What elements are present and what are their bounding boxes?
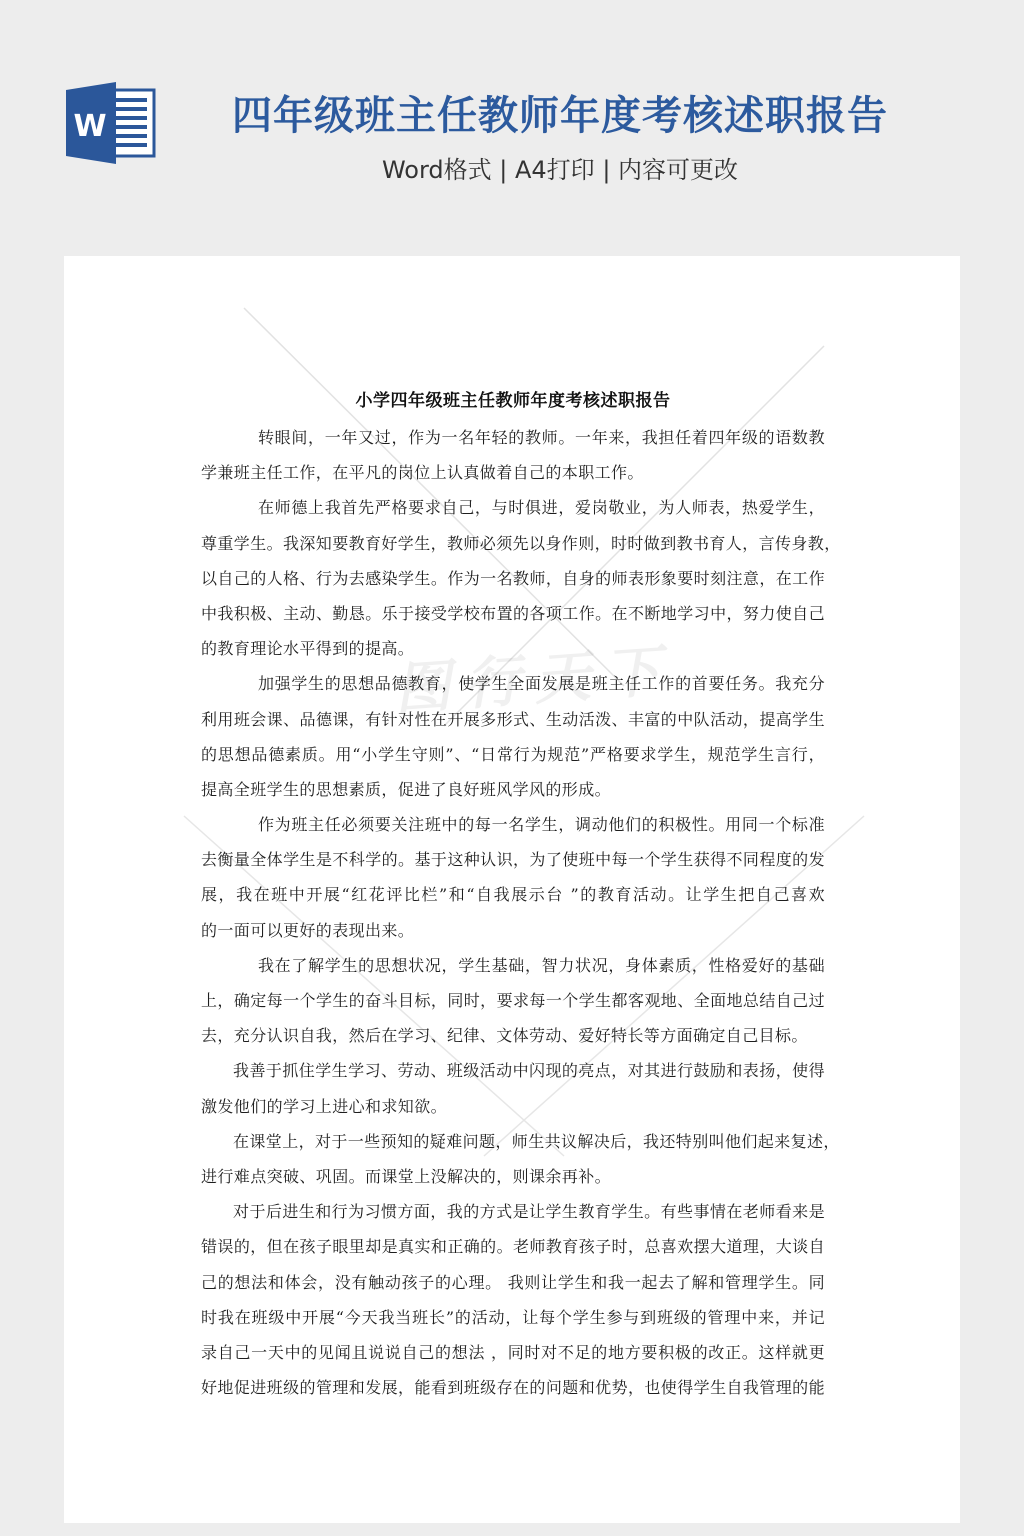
text-line: 去衡量全体学生是不科学的。基于这种认识，为了使班中每一个学生获得不同程度的发 <box>201 842 825 877</box>
text-line: 在师德上我首先严格要求自己，与时俱进，爱岗敬业，为人师表，热爱学生， <box>201 490 825 525</box>
paragraph-2: 在师德上我首先严格要求自己，与时俱进，爱岗敬业，为人师表，热爱学生， 尊重学生。… <box>201 490 825 666</box>
paragraph-6: 我善于抓住学生学习、劳动、班级活动中闪现的亮点，对其进行鼓励和表扬，使得 激发他… <box>201 1053 825 1123</box>
text-line: 上，确定每一个学生的奋斗目标，同时，要求每一个学生都客观地、全面地总结自己过 <box>201 983 825 1018</box>
text-line: 的一面可以更好的表现出来。 <box>201 913 825 948</box>
text-line: 提高全班学生的思想素质，促进了良好班风学风的形成。 <box>201 772 825 807</box>
text-line: 错误的，但在孩子眼里却是真实和正确的。老师教育孩子时，总喜欢摆大道理，大谈自 <box>201 1229 825 1264</box>
text-line: 对于后进生和行为习惯方面，我的方式是让学生教育学生。有些事情在老师看来是 <box>201 1194 825 1229</box>
document-title: 小学四年级班主任教师年度考核述职报告 <box>201 382 825 420</box>
paragraph-4: 作为班主任必须要关注班中的每一名学生，调动他们的积极性。用同一个标准 去衡量全体… <box>201 807 825 948</box>
text-line: 激发他们的学习上进心和求知欲。 <box>201 1089 825 1124</box>
paragraph-7: 在课堂上，对于一些预知的疑难问题，师生共议解决后，我还特别叫他们起来复述， 进行… <box>201 1124 825 1194</box>
text-line: 进行难点突破、巩固。而课堂上没解决的，则课余再补。 <box>201 1159 825 1194</box>
text-line: 中我积极、主动、勤恳。乐于接受学校布置的各项工作。在不断地学习中，努力使自己 <box>201 596 825 631</box>
text-line: 作为班主任必须要关注班中的每一名学生，调动他们的积极性。用同一个标准 <box>201 807 825 842</box>
text-line: 己的想法和体会，没有触动孩子的心理。 我则让学生和我一起去了解和管理学生。同 <box>201 1265 825 1300</box>
paragraph-3: 加强学生的思想品德教育，使学生全面发展是班主任工作的首要任务。我充分 利用班会课… <box>201 666 825 807</box>
text-line: 以自己的人格、行为去感染学生。作为一名教师，自身的师表形象要时刻注意，在工作 <box>201 561 825 596</box>
text-line: 录自己一天中的见闻且说说自己的想法 ，同时对不足的地方要积极的改正。这样就更 <box>201 1335 825 1370</box>
text-line: 的思想品德素质。用“小学生守则”、“日常行为规范”严格要求学生，规范学生言行， <box>201 737 825 772</box>
text-line: 加强学生的思想品德教育，使学生全面发展是班主任工作的首要任务。我充分 <box>201 666 825 701</box>
text-line: 好地促进班级的管理和发展，能看到班级存在的问题和优势，也使得学生自我管理的能 <box>201 1370 825 1405</box>
word-document-icon: W <box>64 80 158 166</box>
text-line: 尊重学生。我深知要教育好学生，教师必须先以身作则，时时做到教书育人，言传身教， <box>201 526 825 561</box>
banner-subtitle: Word格式 | A4打印 | 内容可更改 <box>180 152 940 188</box>
page-header: W 四年级班主任教师年度考核述职报告 Word格式 | A4打印 | 内容可更改 <box>0 0 1024 256</box>
text-line: 时我在班级中开展“今天我当班长”的活动，让每个学生参与到班级的管理中来，并记 <box>201 1300 825 1335</box>
text-line: 去，充分认识自我，然后在学习、纪律、文体劳动、爱好特长等方面确定自己目标。 <box>201 1018 825 1053</box>
text-line: 我在了解学生的思想状况，学生基础，智力状况，身体素质，性格爱好的基础 <box>201 948 825 983</box>
banner-title: 四年级班主任教师年度考核述职报告 <box>180 88 940 144</box>
text-line: 的教育理论水平得到的提高。 <box>201 631 825 666</box>
text-line: 学兼班主任工作，在平凡的岗位上认真做着自己的本职工作。 <box>201 455 825 490</box>
text-line: 转眼间，一年又过，作为一名年轻的教师。一年来，我担任着四年级的语数教 <box>201 420 825 455</box>
svg-text:W: W <box>73 109 106 144</box>
text-line: 在课堂上，对于一些预知的疑难问题，师生共议解决后，我还特别叫他们起来复述， <box>201 1124 825 1159</box>
text-line: 展，我在班中开展“红花评比栏”和“自我展示台 ”的教育活动。让学生把自己喜欢 <box>201 877 825 912</box>
paragraph-8: 对于后进生和行为习惯方面，我的方式是让学生教育学生。有些事情在老师看来是 错误的… <box>201 1194 825 1405</box>
document-body: 小学四年级班主任教师年度考核述职报告 转眼间，一年又过，作为一名年轻的教师。一年… <box>201 382 825 1405</box>
paragraph-5: 我在了解学生的思想状况，学生基础，智力状况，身体素质，性格爱好的基础 上，确定每… <box>201 948 825 1054</box>
paragraph-1: 转眼间，一年又过，作为一名年轻的教师。一年来，我担任着四年级的语数教 学兼班主任… <box>201 420 825 490</box>
text-line: 利用班会课、品德课，有针对性在开展多形式、生动活泼、丰富的中队活动，提高学生 <box>201 702 825 737</box>
document-page: 图行天下 小学四年级班主任教师年度考核述职报告 转眼间，一年又过，作为一名年轻的… <box>64 256 960 1523</box>
text-line: 我善于抓住学生学习、劳动、班级活动中闪现的亮点，对其进行鼓励和表扬，使得 <box>201 1053 825 1088</box>
